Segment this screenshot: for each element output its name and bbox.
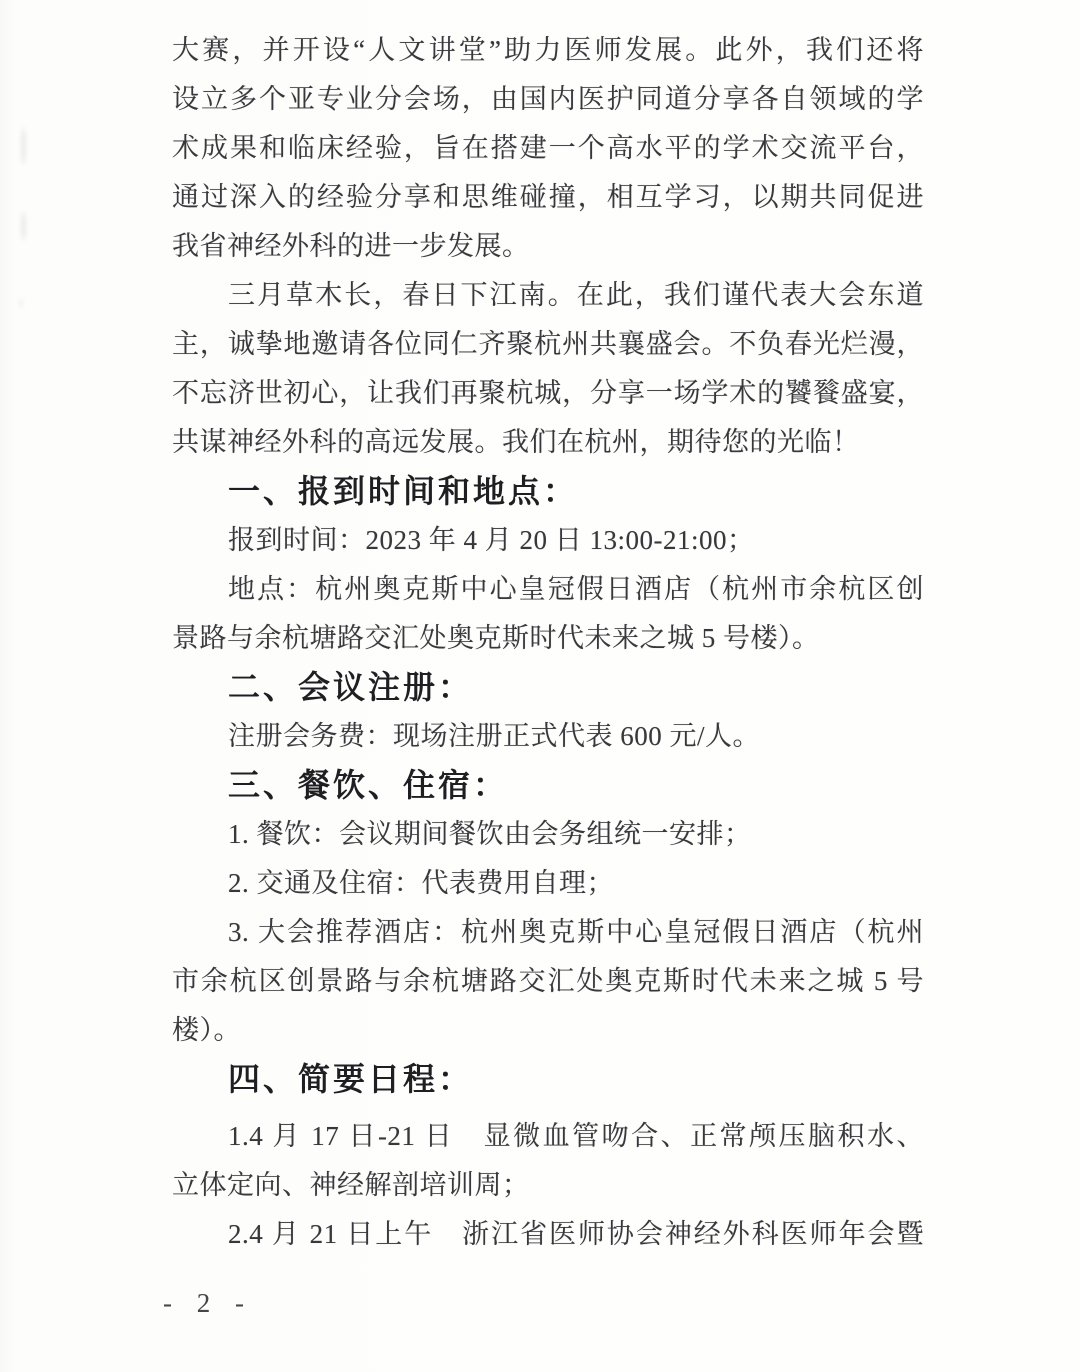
section-4-line: 立体定向、神经解剖培训周；	[172, 1161, 924, 1210]
paragraph-1-line: 大赛，并开设“人文讲堂”助力医师发展。此外，我们还将	[172, 26, 924, 75]
paragraph-1-line: 设立多个亚专业分会场，由国内医护同道分享各自领域的学	[172, 75, 924, 124]
paragraph-2-line: 共谋神经外科的高远发展。我们在杭州，期待您的光临！	[172, 418, 924, 467]
section-3-line: 2. 交通及住宿：代表费用自理；	[172, 859, 924, 908]
section-3-line: 3. 大会推荐酒店：杭州奥克斯中心皇冠假日酒店（杭州	[172, 908, 924, 957]
section-1-line: 景路与余杭塘路交汇处奥克斯时代未来之城 5 号楼）。	[172, 614, 924, 663]
section-2-line: 注册会务费：现场注册正式代表 600 元/人。	[172, 712, 924, 761]
section-3-line: 1. 餐饮：会议期间餐饮由会务组统一安排；	[172, 810, 924, 859]
section-2-heading: 二、会议注册：	[172, 663, 924, 712]
scanned-document-page: 大赛，并开设“人文讲堂”助力医师发展。此外，我们还将 设立多个亚专业分会场，由国…	[0, 0, 1080, 1372]
scan-artifact	[19, 298, 23, 308]
section-4-line: 2.4 月 21 日上午 浙江省医师协会神经外科医师年会暨	[172, 1210, 924, 1259]
section-3-line: 市余杭区创景路与余杭塘路交汇处奥克斯时代未来之城 5 号	[172, 957, 924, 1006]
section-4-line: 1.4 月 17 日-21 日 显微血管吻合、正常颅压脑积水、	[172, 1112, 924, 1161]
section-3-heading: 三、餐饮、住宿：	[172, 761, 924, 810]
section-3-line: 楼）。	[172, 1006, 924, 1055]
scan-artifact	[21, 128, 26, 164]
section-4-heading: 四、简要日程：	[172, 1055, 924, 1104]
paragraph-2-line: 三月草木长，春日下江南。在此，我们谨代表大会东道	[172, 271, 924, 320]
section-1-heading: 一、报到时间和地点：	[172, 467, 924, 516]
page-number: - 2 -	[163, 1288, 253, 1319]
scan-artifact	[21, 212, 26, 240]
paragraph-1-line: 我省神经外科的进一步发展。	[172, 222, 924, 271]
paragraph-2-line: 不忘济世初心，让我们再聚杭城，分享一场学术的饕餮盛宴，	[172, 369, 924, 418]
paragraph-1-line: 术成果和临床经验，旨在搭建一个高水平的学术交流平台，	[172, 124, 924, 173]
section-1-line: 报到时间：2023 年 4 月 20 日 13:00-21:00；	[172, 516, 924, 565]
document-body: 大赛，并开设“人文讲堂”助力医师发展。此外，我们还将 设立多个亚专业分会场，由国…	[172, 26, 924, 1259]
section-1-line: 地点：杭州奥克斯中心皇冠假日酒店（杭州市余杭区创	[172, 565, 924, 614]
paragraph-1-line: 通过深入的经验分享和思维碰撞，相互学习，以期共同促进	[172, 173, 924, 222]
paragraph-2-line: 主，诚挚地邀请各位同仁齐聚杭州共襄盛会。不负春光烂漫，	[172, 320, 924, 369]
